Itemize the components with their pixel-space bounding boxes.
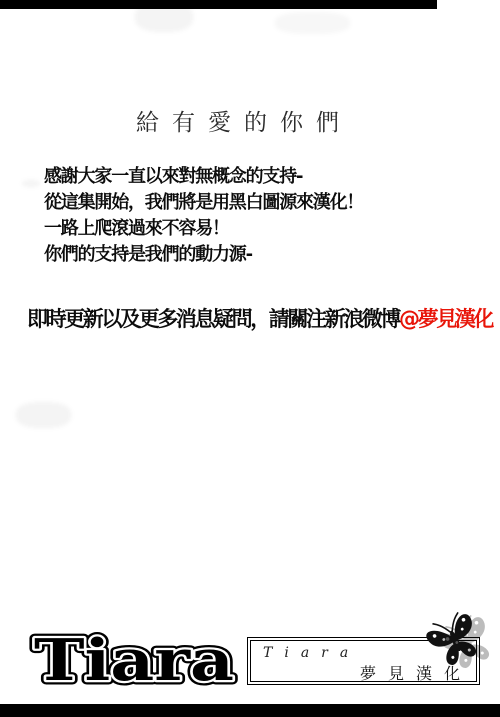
thanks-message: 感謝大家一直以來對無概念的支持- 從這集開始，我們將是用黑白圖源來漢化！ 一路上… xyxy=(44,164,363,268)
scanlation-credits-page: 給有愛的你們 感謝大家一直以來對無概念的支持- 從這集開始，我們將是用黑白圖源來… xyxy=(0,0,500,717)
message-line-1: 感謝大家一直以來對無概念的支持- xyxy=(44,164,363,190)
scan-smudge xyxy=(135,2,193,32)
message-line-3: 一路上爬滾過來不容易！ xyxy=(44,216,363,242)
message-line-2: 從這集開始，我們將是用黑白圖源來漢化！ xyxy=(44,190,363,216)
butterfly-icon xyxy=(420,610,500,670)
tiara-logo-text: Tiara xyxy=(34,627,234,694)
scan-edge-bottom-bar xyxy=(0,704,500,717)
weibo-notice: 即時更新以及更多消息疑問，請關注新浪微博@夢見漢化 xyxy=(27,303,492,333)
weibo-handle: @夢見漢化 xyxy=(399,307,492,331)
scan-smudge xyxy=(22,180,40,187)
message-line-4: 你們的支持是我們的動力源- xyxy=(44,242,363,268)
scan-smudge xyxy=(275,12,350,34)
page-title: 給有愛的你們 xyxy=(0,104,488,137)
scan-smudge xyxy=(16,402,71,428)
weibo-notice-text: 即時更新以及更多消息疑問，請關注新浪微博 xyxy=(27,307,399,331)
tiara-logo: Tiara Tiara Tiara xyxy=(28,622,240,698)
scan-edge-top-bar xyxy=(0,0,437,9)
